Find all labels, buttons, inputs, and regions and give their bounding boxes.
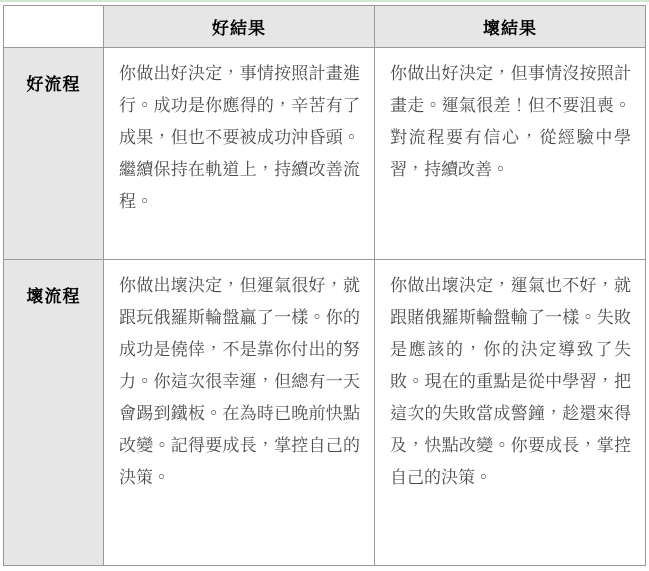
cell-bad-process-bad-outcome: 你做出壞決定，運氣也不好，就跟賭俄羅斯輪盤輸了一樣。失敗是應該的，你的決定導致了…: [375, 260, 646, 566]
cell-good-process-bad-outcome: 你做出好決定，但事情沒按照計畫走。運氣很差！但不要沮喪。對流程要有信心，從經驗中…: [375, 48, 646, 260]
row-good-process: 好流程 你做出好決定，事情按照計畫進行。成功是你應得的，辛苦有了成果，但也不要被…: [4, 48, 646, 260]
screenshot-top-edge: [0, 0, 649, 2]
row-header-good-process: 好流程: [4, 48, 104, 260]
row-bad-process: 壞流程 你做出壞決定，但運氣很好，就跟玩俄羅斯輪盤贏了一樣。你的成功是僥倖，不是…: [4, 260, 646, 566]
corner-cell: [4, 6, 104, 48]
decision-matrix-table: 好結果 壞結果 好流程 你做出好決定，事情按照計畫進行。成功是你應得的，辛苦有了…: [3, 5, 646, 566]
column-header-bad-outcome: 壞結果: [375, 6, 646, 48]
cell-bad-process-good-outcome: 你做出壞決定，但運氣很好，就跟玩俄羅斯輪盤贏了一樣。你的成功是僥倖，不是靠你付出…: [104, 260, 375, 566]
header-row: 好結果 壞結果: [4, 6, 646, 48]
row-header-bad-process: 壞流程: [4, 260, 104, 566]
column-header-good-outcome: 好結果: [104, 6, 375, 48]
page: 好結果 壞結果 好流程 你做出好決定，事情按照計畫進行。成功是你應得的，辛苦有了…: [0, 0, 649, 571]
cell-good-process-good-outcome: 你做出好決定，事情按照計畫進行。成功是你應得的，辛苦有了成果，但也不要被成功沖昏…: [104, 48, 375, 260]
